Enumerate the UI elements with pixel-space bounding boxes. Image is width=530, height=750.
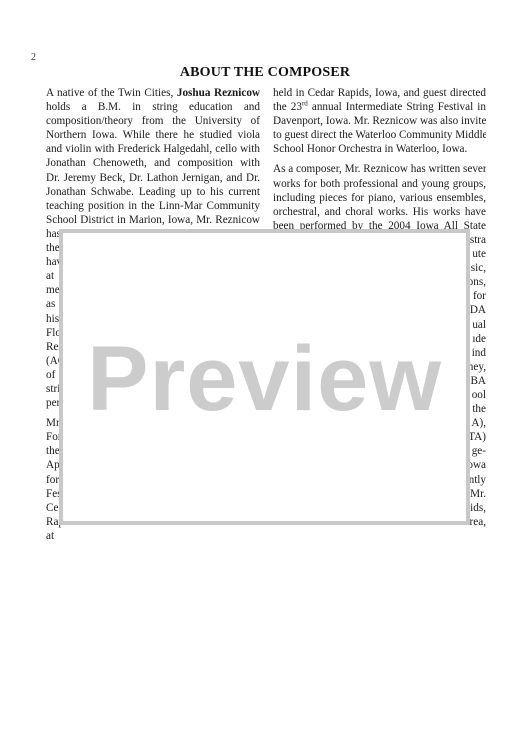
text-line: As a composer, Mr. Reznicow has written … — [273, 162, 486, 176]
text-line: composition/theory from the University o… — [46, 114, 260, 128]
text-line: held in Cedar Rapids, Iowa, and guest di… — [273, 86, 486, 100]
text-line: Dr. Jeremy Beck, Dr. Lathon Jernigan, an… — [46, 171, 260, 185]
text-line: Northern Iowa. While there he studied vi… — [46, 128, 260, 142]
text-line: holds a B.M. in string education and — [46, 100, 260, 114]
text-fragment: at — [46, 529, 260, 543]
preview-overlay: Preview — [59, 229, 470, 525]
page-title: ABOUT THE COMPOSER — [0, 65, 530, 81]
text-line: Jonathan Schwabe. Leading up to his curr… — [46, 185, 260, 199]
preview-watermark: Preview — [63, 233, 466, 523]
text-line: teaching position in the Linn-Mar Commun… — [46, 199, 260, 213]
text-line: to guest direct the Waterloo Community M… — [273, 128, 486, 142]
text-line: School District in Marion, Iowa, Mr. Rez… — [46, 213, 260, 227]
composer-name: Joshua Reznicow — [177, 87, 260, 99]
text-line: A native of the Twin Cities, Joshua Rezn… — [46, 86, 260, 100]
text-line: School Honor Orchestra in Waterloo, Iowa… — [273, 142, 486, 156]
text-line: orchestral, and choral works. His works … — [273, 205, 486, 219]
page-number: 2 — [31, 52, 36, 63]
text-line: Davenport, Iowa. Mr. Reznicow was also i… — [273, 114, 486, 128]
text-line: Jonathan Chenoweth, and composition with — [46, 156, 260, 170]
text-line: works for both professional and young gr… — [273, 177, 486, 191]
text-line: and violin with Frederick Halgedahl, cel… — [46, 142, 260, 156]
text-line: including pieces for piano, various ense… — [273, 191, 486, 205]
text-line: the 23rd annual Intermediate String Fest… — [273, 100, 486, 114]
